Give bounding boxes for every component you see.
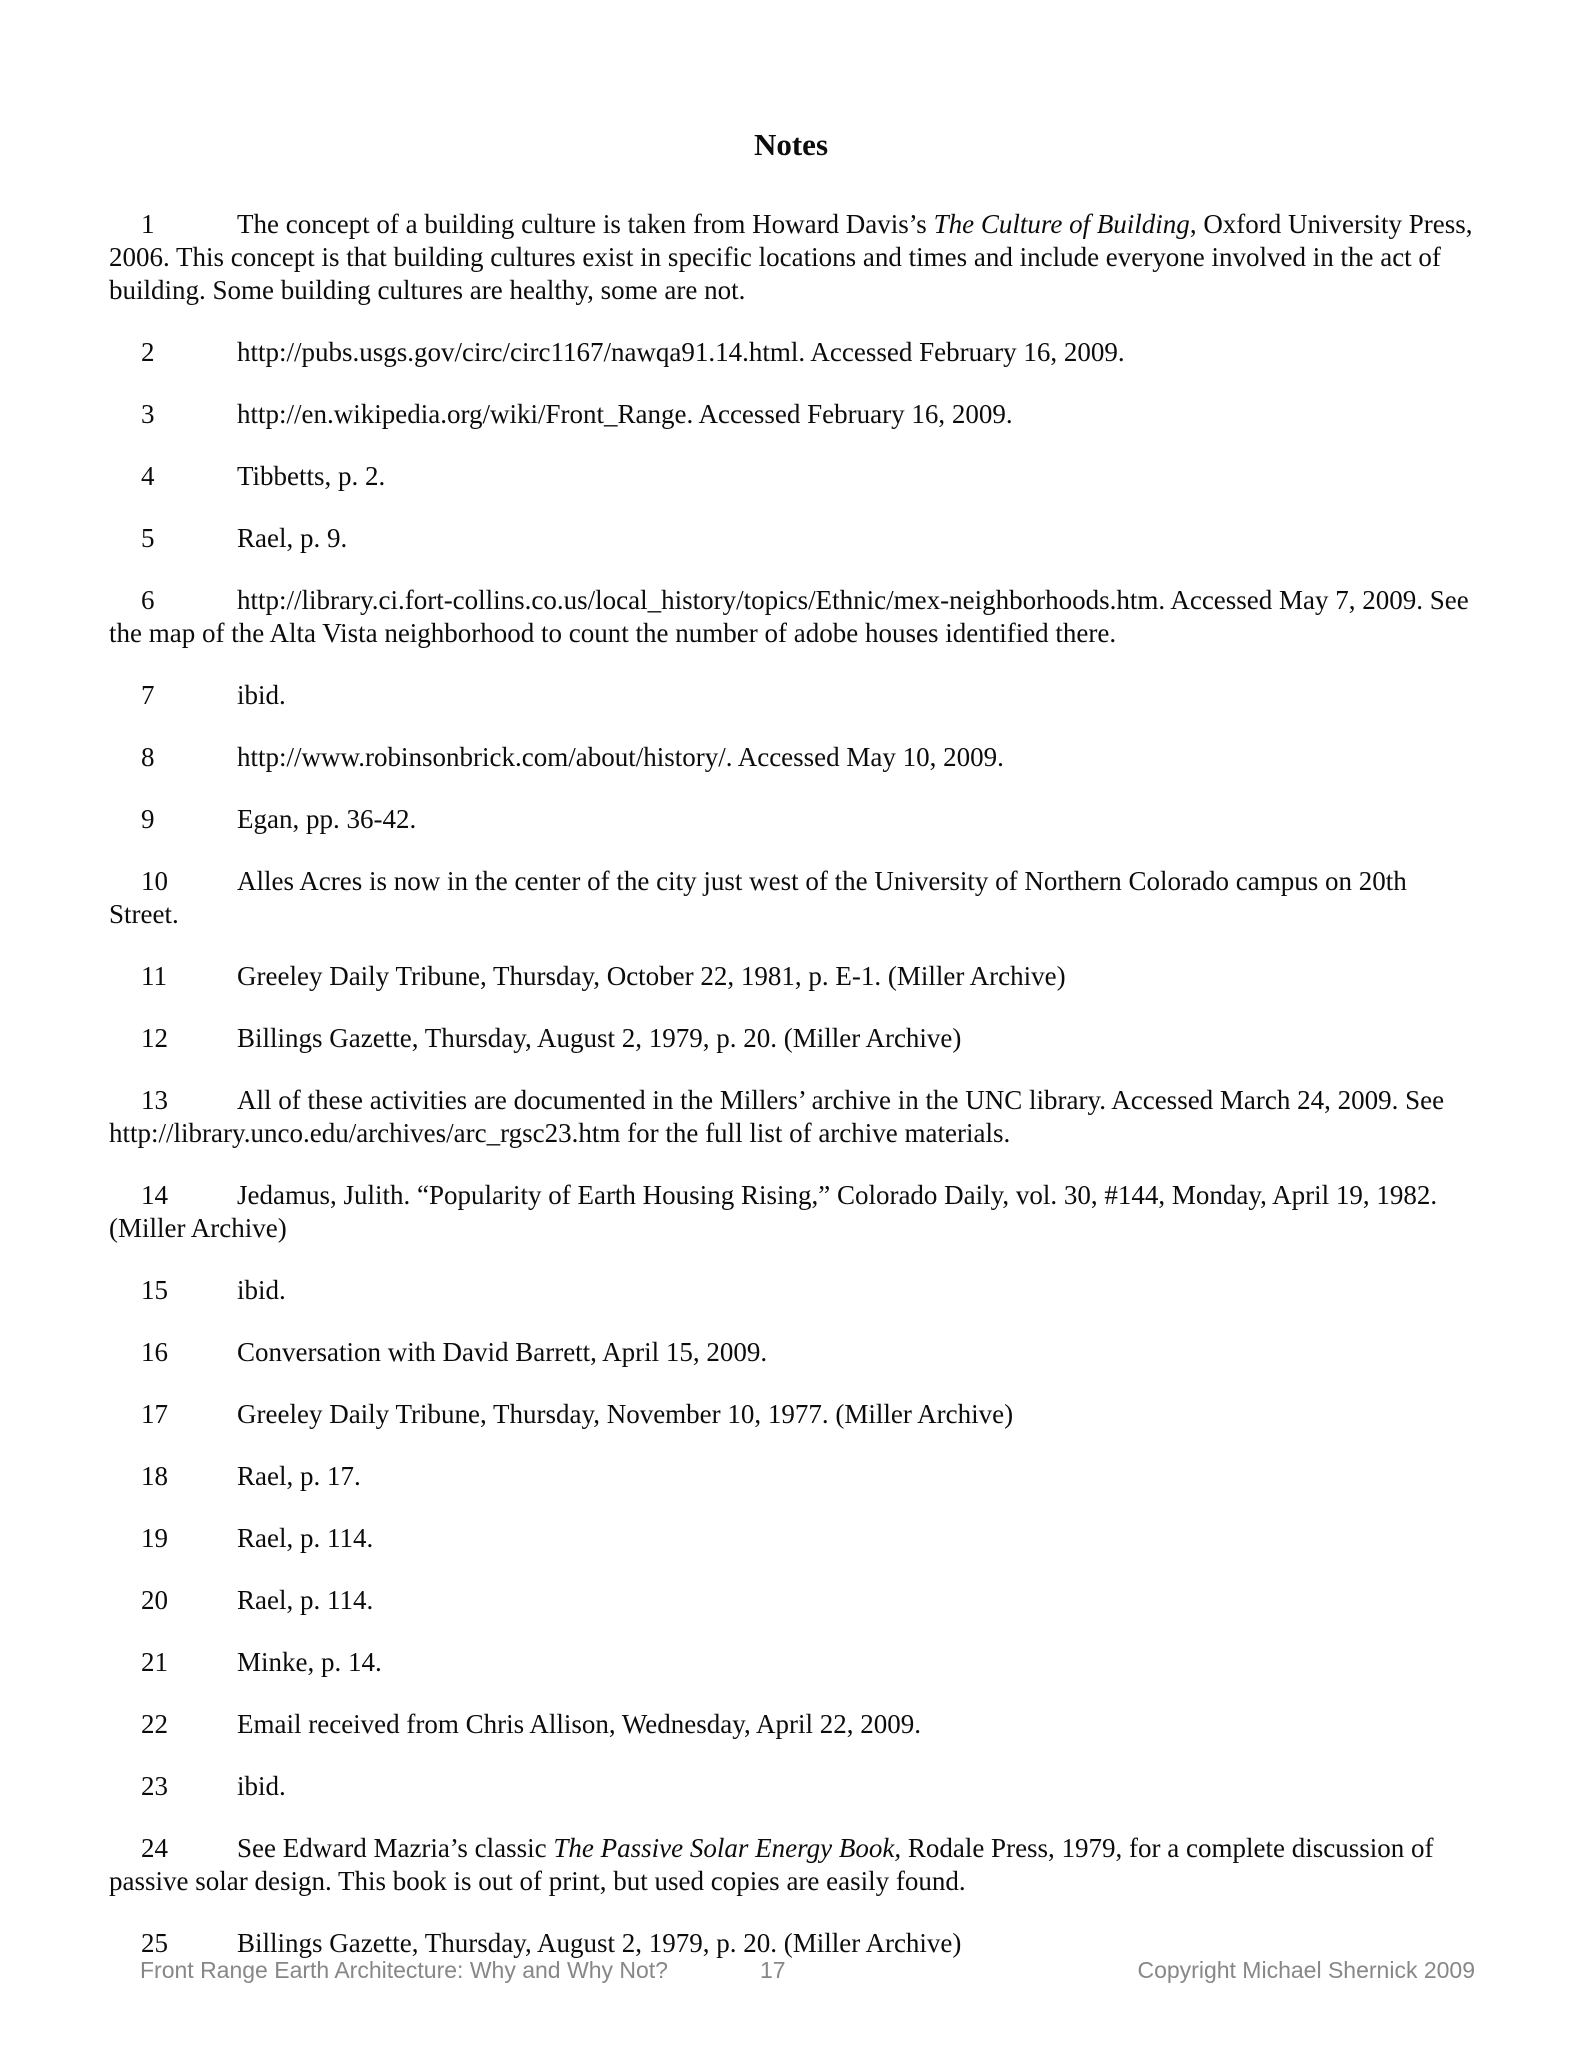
footer-page-number: 17	[760, 1956, 786, 1984]
note-text-italic: The Culture of Building	[934, 209, 1190, 239]
note-number: 12	[141, 1022, 237, 1055]
note-text: http://www.robinsonbrick.com/about/histo…	[237, 742, 1004, 772]
page-footer: Front Range Earth Architecture: Why and …	[140, 1956, 1475, 1984]
note-text: Greeley Daily Tribune, Thursday, October…	[237, 961, 1066, 991]
note-item: 17Greeley Daily Tribune, Thursday, Novem…	[109, 1398, 1473, 1431]
note-text: Email received from Chris Allison, Wedne…	[237, 1709, 921, 1739]
note-text: Rael, p. 17.	[237, 1461, 361, 1491]
note-number: 20	[141, 1584, 237, 1617]
note-item: 20Rael, p. 114.	[109, 1584, 1473, 1617]
notes-list: 1The concept of a building culture is ta…	[109, 208, 1473, 1960]
note-item: 1The concept of a building culture is ta…	[109, 208, 1473, 307]
note-item: 3http://en.wikipedia.org/wiki/Front_Rang…	[109, 398, 1473, 431]
note-text: Jedamus, Julith. “Popularity of Earth Ho…	[109, 1180, 1437, 1243]
note-item: 18Rael, p. 17.	[109, 1460, 1473, 1493]
note-number: 16	[141, 1336, 237, 1369]
note-number: 15	[141, 1274, 237, 1307]
note-item: 21Minke, p. 14.	[109, 1646, 1473, 1679]
note-number: 24	[141, 1832, 237, 1865]
document-page: Notes 1The concept of a building culture…	[0, 0, 1582, 2048]
note-item: 16Conversation with David Barrett, April…	[109, 1336, 1473, 1369]
note-item: 10Alles Acres is now in the center of th…	[109, 865, 1473, 931]
note-number: 23	[141, 1770, 237, 1803]
note-item: 19Rael, p. 114.	[109, 1522, 1473, 1555]
note-text: Alles Acres is now in the center of the …	[109, 866, 1407, 929]
note-item: 5Rael, p. 9.	[109, 522, 1473, 555]
note-text: http://pubs.usgs.gov/circ/circ1167/nawqa…	[237, 337, 1125, 367]
note-number: 18	[141, 1460, 237, 1493]
note-text: Rael, p. 9.	[237, 523, 347, 553]
note-text: The concept of a building culture is tak…	[237, 209, 934, 239]
note-item: 8http://www.robinsonbrick.com/about/hist…	[109, 741, 1473, 774]
note-text: Tibbetts, p. 2.	[237, 461, 385, 491]
note-text: http://en.wikipedia.org/wiki/Front_Range…	[237, 399, 1013, 429]
note-number: 3	[141, 398, 237, 431]
note-item: 13All of these activities are documented…	[109, 1084, 1473, 1150]
note-item: 6http://library.ci.fort-collins.co.us/lo…	[109, 584, 1473, 650]
note-item: 2http://pubs.usgs.gov/circ/circ1167/nawq…	[109, 336, 1473, 369]
note-number: 9	[141, 803, 237, 836]
footer-copyright: Copyright Michael Shernick 2009	[1137, 1956, 1475, 1984]
note-number: 11	[141, 960, 237, 993]
note-item: 11Greeley Daily Tribune, Thursday, Octob…	[109, 960, 1473, 993]
note-number: 7	[141, 679, 237, 712]
note-text-italic: The Passive Solar Energy Book,	[553, 1833, 901, 1863]
note-text: ibid.	[237, 680, 286, 710]
note-item: 9Egan, pp. 36-42.	[109, 803, 1473, 836]
note-item: 22Email received from Chris Allison, Wed…	[109, 1708, 1473, 1741]
note-text: ibid.	[237, 1771, 286, 1801]
note-item: 4Tibbetts, p. 2.	[109, 460, 1473, 493]
note-item: 23ibid.	[109, 1770, 1473, 1803]
note-text: Conversation with David Barrett, April 1…	[237, 1337, 767, 1367]
note-number: 19	[141, 1522, 237, 1555]
note-text: All of these activities are documented i…	[109, 1085, 1444, 1148]
note-text: Billings Gazette, Thursday, August 2, 19…	[237, 1023, 961, 1053]
note-item: 24See Edward Mazria’s classic The Passiv…	[109, 1832, 1473, 1898]
note-text: Greeley Daily Tribune, Thursday, Novembe…	[237, 1399, 1013, 1429]
note-text: http://library.ci.fort-collins.co.us/loc…	[109, 585, 1469, 648]
note-item: 15ibid.	[109, 1274, 1473, 1307]
note-text: Egan, pp. 36-42.	[237, 804, 416, 834]
note-text: Minke, p. 14.	[237, 1647, 382, 1677]
note-number: 5	[141, 522, 237, 555]
note-number: 14	[141, 1179, 237, 1212]
note-number: 21	[141, 1646, 237, 1679]
note-number: 6	[141, 584, 237, 617]
note-text: ibid.	[237, 1275, 286, 1305]
note-item: 12Billings Gazette, Thursday, August 2, …	[109, 1022, 1473, 1055]
note-number: 17	[141, 1398, 237, 1431]
note-text: Rael, p. 114.	[237, 1585, 373, 1615]
note-number: 13	[141, 1084, 237, 1117]
note-number: 22	[141, 1708, 237, 1741]
note-text: Rael, p. 114.	[237, 1523, 373, 1553]
note-number: 10	[141, 865, 237, 898]
note-number: 2	[141, 336, 237, 369]
note-text: Billings Gazette, Thursday, August 2, 19…	[237, 1928, 961, 1958]
note-item: 14Jedamus, Julith. “Popularity of Earth …	[109, 1179, 1473, 1245]
page-title: Notes	[109, 126, 1473, 164]
note-text: See Edward Mazria’s classic	[237, 1833, 553, 1863]
notes-section: Notes 1The concept of a building culture…	[109, 126, 1473, 1960]
footer-document-title: Front Range Earth Architecture: Why and …	[140, 1956, 668, 1984]
note-item: 7ibid.	[109, 679, 1473, 712]
note-number: 8	[141, 741, 237, 774]
note-number: 4	[141, 460, 237, 493]
note-number: 1	[141, 208, 237, 241]
